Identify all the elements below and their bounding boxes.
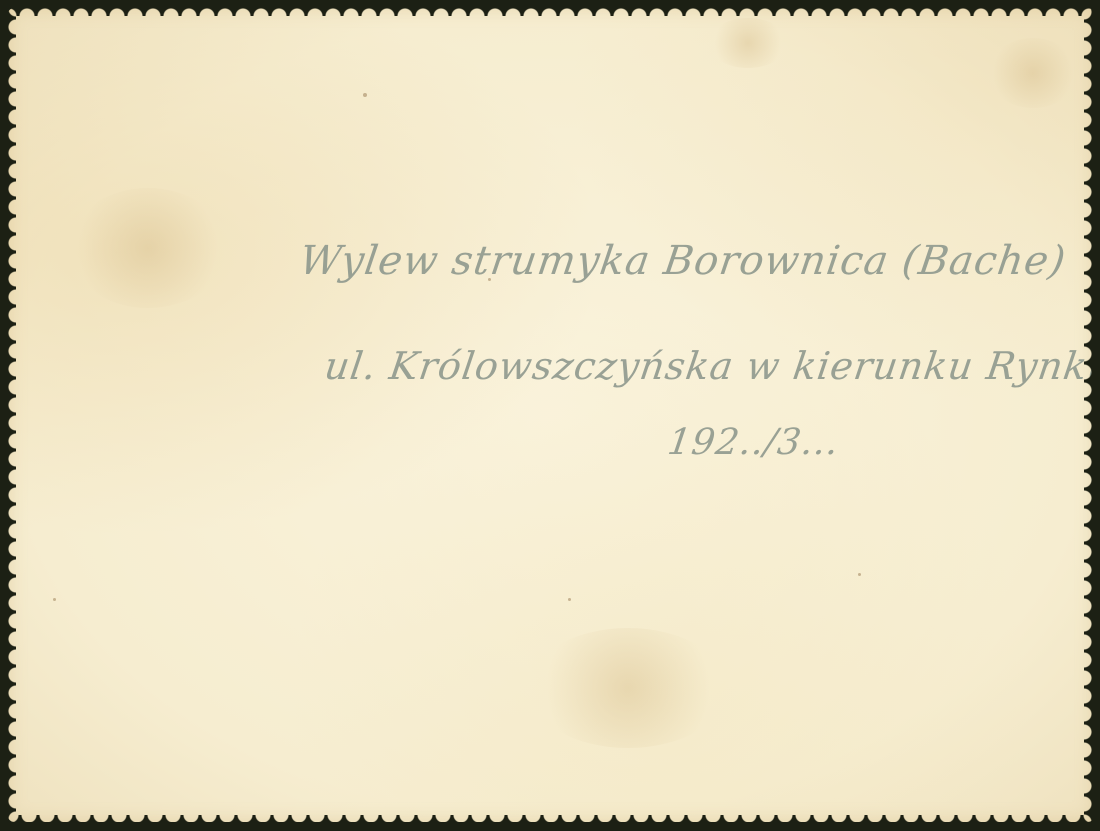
paper-stain xyxy=(68,188,228,308)
paper-stain xyxy=(988,38,1078,108)
photo-card-back xyxy=(8,8,1094,822)
inscription-line-1: Wylew strumyka Borownica (Bache) xyxy=(297,238,1069,284)
inscription-line-2: ul. Królowszczyńska w kierunku Rynku xyxy=(322,344,1100,388)
paper-speck xyxy=(568,598,571,601)
paper-speck xyxy=(53,598,56,601)
paper-stain xyxy=(708,18,788,68)
paper-speck xyxy=(858,573,861,576)
photo-scan: Wylew strumyka Borownica (Bache) ul. Kró… xyxy=(0,0,1100,831)
paper-speck xyxy=(363,93,367,97)
paper-stain xyxy=(528,628,728,748)
inscription-date: 192../3... xyxy=(665,422,842,463)
